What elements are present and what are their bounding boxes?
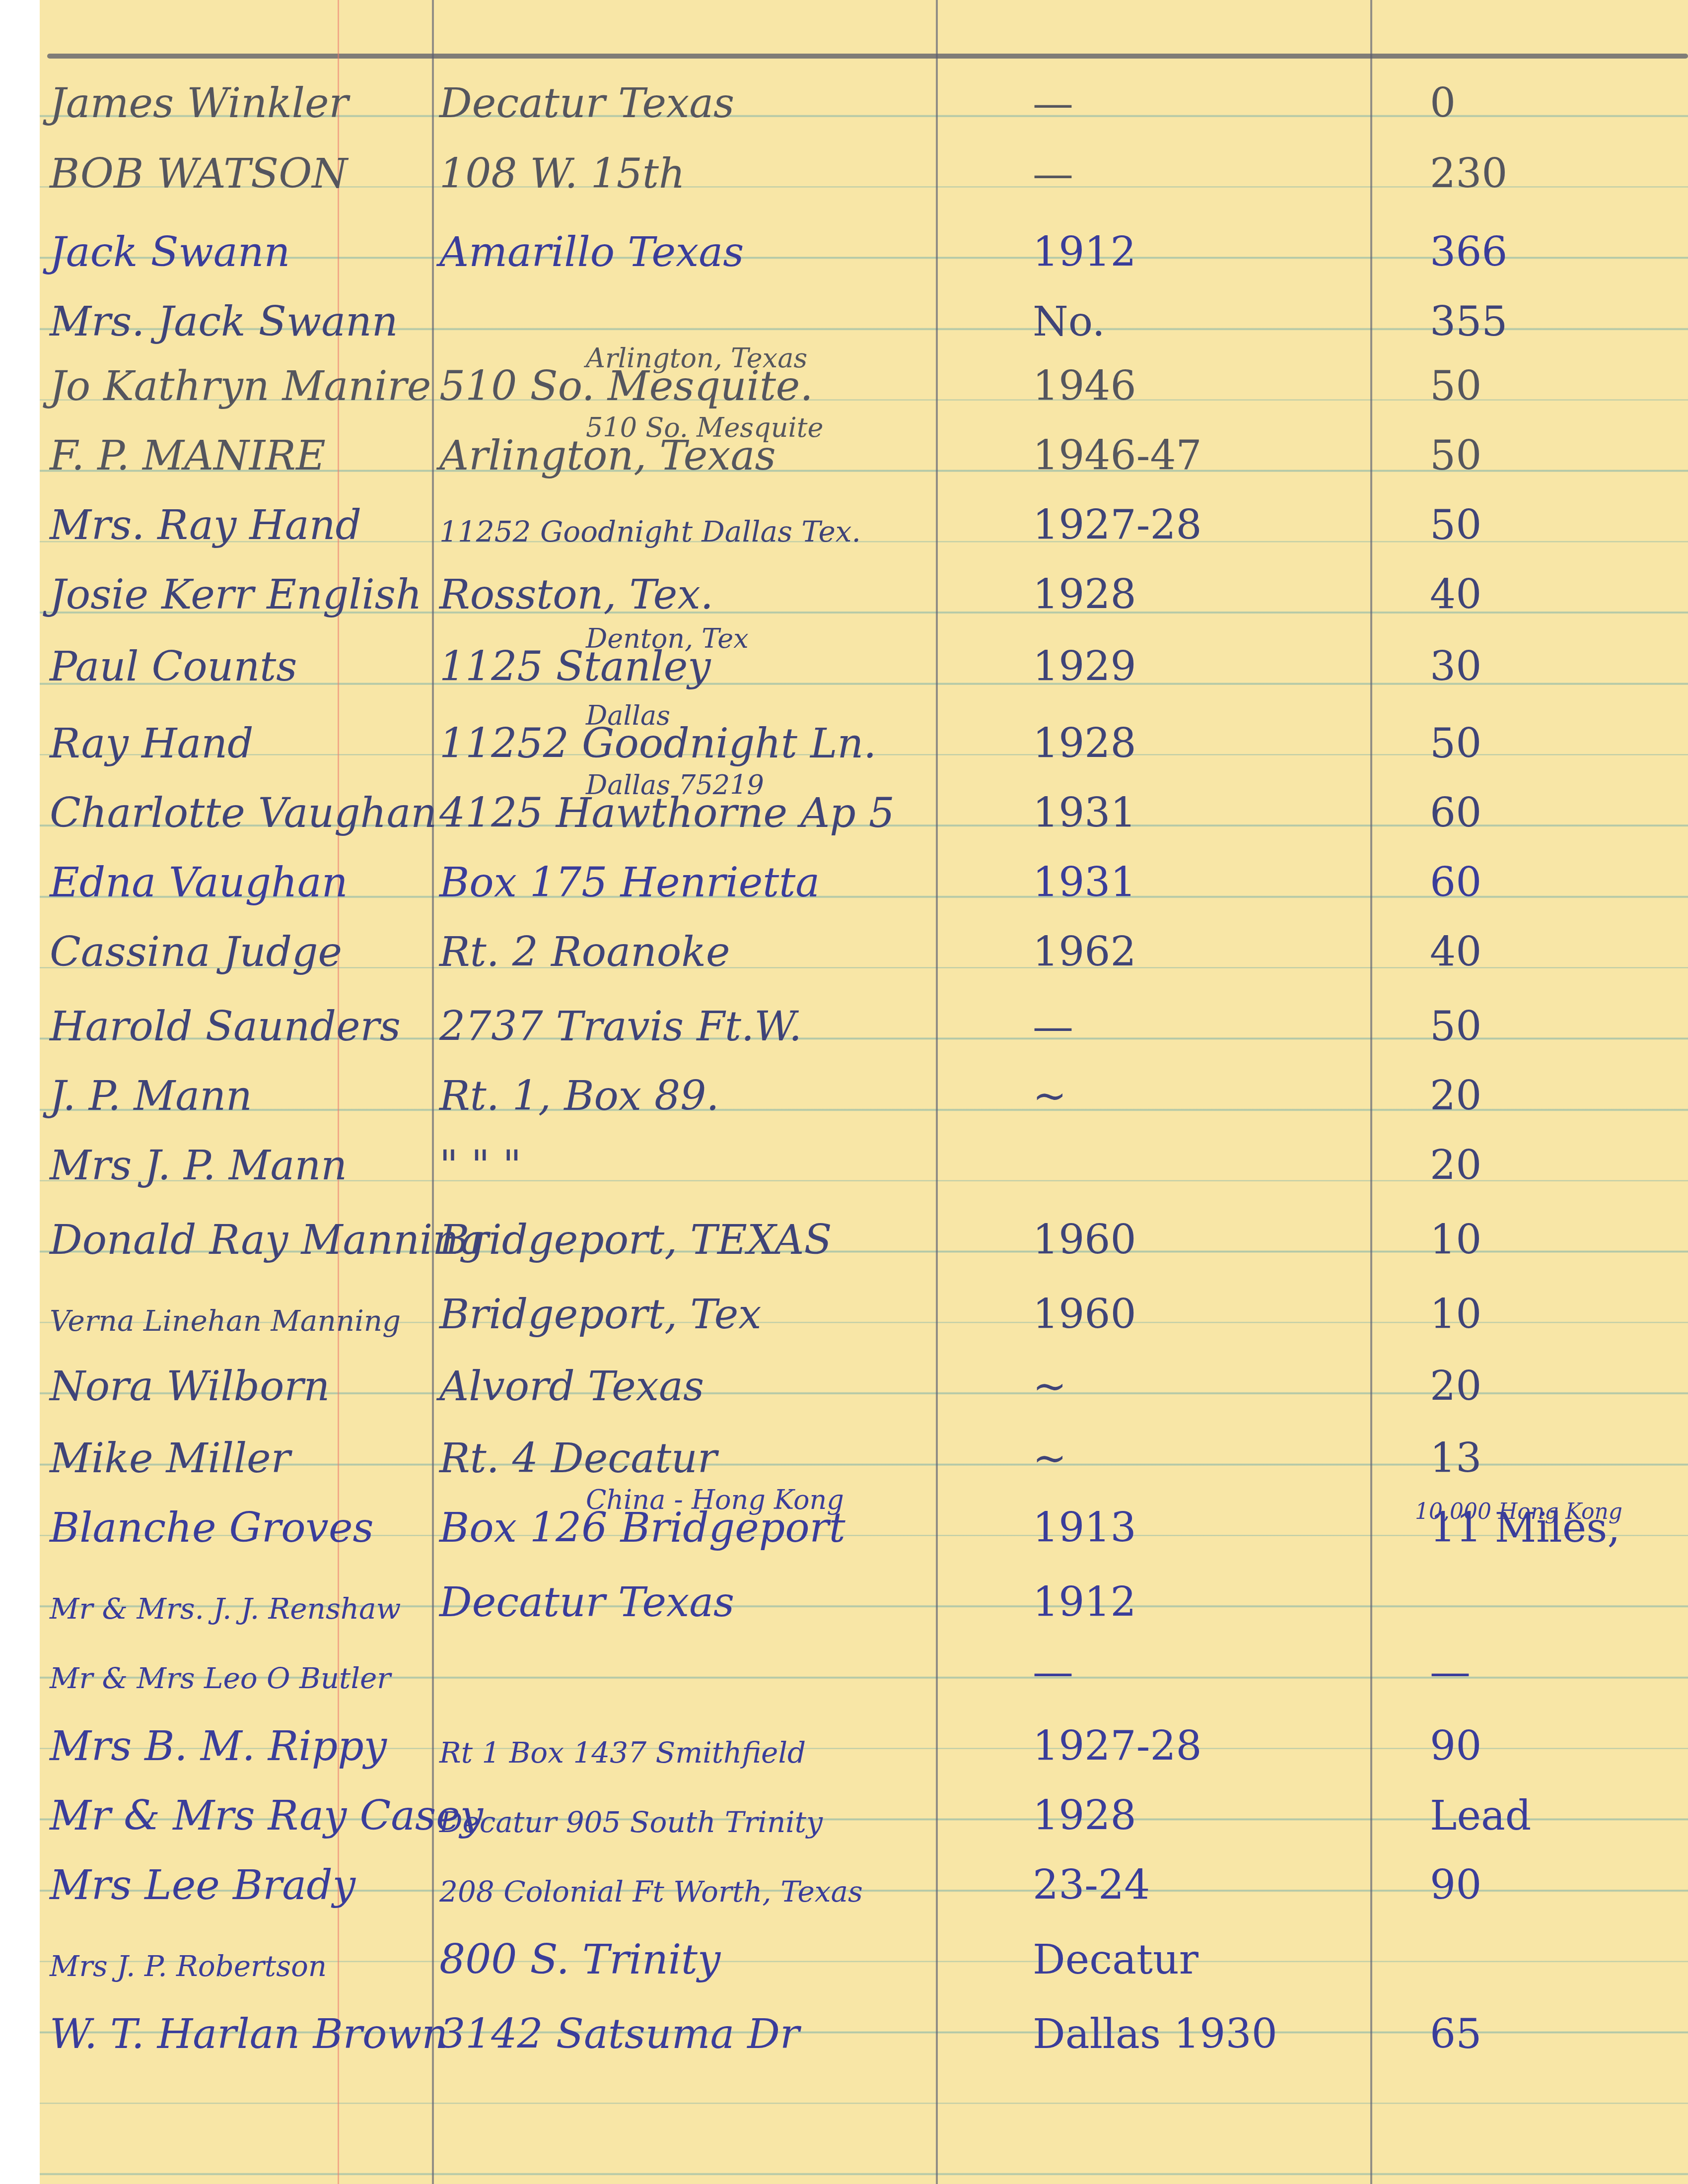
- row-name: Mrs B. M. Rippy: [50, 1726, 437, 1767]
- row-year: —: [1033, 1652, 1073, 1693]
- row-address: Alvord Texas: [439, 1366, 704, 1407]
- row-name: Jo Kathryn Manire: [50, 366, 437, 407]
- row-address: " " ": [439, 1146, 521, 1186]
- ledger-row: Mr & Mrs. J. J. RenshawDecatur Texas1912: [0, 1564, 1688, 1634]
- row-year: ~: [1033, 1366, 1067, 1407]
- row-year: 1931: [1033, 793, 1136, 834]
- row-amount: 40: [1430, 575, 1481, 615]
- row-amount: 11 Miles,: [1430, 1508, 1620, 1549]
- row-name: Mr & Mrs Leo O Butler: [50, 1664, 437, 1693]
- ledger-row: Mrs. Ray Hand11252 Goodnight Dallas Tex.…: [0, 486, 1688, 557]
- ledger-row: F. P. MANIRE510 So. MesquiteArlington, T…: [0, 417, 1688, 487]
- row-name: James Winkler: [50, 83, 437, 124]
- row-year: 1928: [1033, 724, 1136, 764]
- row-amount: 355: [1430, 302, 1508, 342]
- row-year: —: [1033, 1007, 1073, 1047]
- row-amount: 50: [1430, 1007, 1481, 1047]
- row-year: 1929: [1033, 647, 1136, 687]
- row-year: 1946: [1033, 366, 1136, 407]
- row-amount: 60: [1430, 793, 1481, 834]
- ledger-row: Cassina JudgeRt. 2 Roanoke196240: [0, 913, 1688, 984]
- ledger-row: W. T. Harlan Brown3142 Satsuma DrDallas …: [0, 1995, 1688, 2066]
- row-year: ~: [1033, 1438, 1067, 1479]
- row-year: 23-24: [1033, 1865, 1150, 1906]
- row-year: —: [1033, 83, 1073, 124]
- row-year: 1946-47: [1033, 436, 1202, 477]
- ledger-row: Edna VaughanBox 175 Henrietta193160: [0, 844, 1688, 914]
- row-year: 1912: [1033, 232, 1136, 273]
- row-name: Nora Wilborn: [50, 1366, 437, 1407]
- row-year: No.: [1033, 302, 1105, 342]
- row-year: 1912: [1033, 1582, 1136, 1623]
- row-address: 2737 Travis Ft.W.: [439, 1007, 802, 1047]
- row-address: Arlington, Texas: [439, 436, 776, 477]
- row-amount: 50: [1430, 505, 1481, 546]
- row-amount: 20: [1430, 1146, 1481, 1186]
- ledger-row: Nora WilbornAlvord Texas~20: [0, 1348, 1688, 1418]
- row-name: Jack Swann: [50, 232, 437, 273]
- row-name: W. T. Harlan Brown: [50, 2014, 437, 2055]
- row-amount: 50: [1430, 724, 1481, 764]
- row-address: Box 175 Henrietta: [439, 863, 820, 903]
- row-amount: 40: [1430, 932, 1481, 973]
- row-address: 4125 Hawthorne Ap 5: [439, 793, 895, 834]
- ledger-row: Mike MillerRt. 4 Decatur~13: [0, 1420, 1688, 1490]
- ledger-row: Jo Kathryn ManireArlington, Texas510 So.…: [0, 347, 1688, 418]
- ledger-row: Josie Kerr EnglishRosston, Tex.192840: [0, 556, 1688, 626]
- row-year: Dallas 1930: [1033, 2014, 1277, 2055]
- row-name: Verna Linehan Manning: [50, 1306, 437, 1335]
- row-amount: 60: [1430, 863, 1481, 903]
- row-address: Decatur Texas: [439, 83, 734, 124]
- ledger-row: Jack SwannAmarillo Texas1912366: [0, 213, 1688, 284]
- row-name: Mr & Mrs. J. J. Renshaw: [50, 1594, 437, 1623]
- row-amount: 230: [1430, 154, 1508, 195]
- row-address: Rosston, Tex.: [439, 575, 713, 615]
- row-year: —: [1033, 154, 1073, 195]
- row-name: J. P. Mann: [50, 1076, 437, 1117]
- row-name: Harold Saunders: [50, 1007, 437, 1047]
- row-year: 1962: [1033, 932, 1136, 973]
- row-amount: —: [1430, 1652, 1471, 1693]
- row-name: Blanche Groves: [50, 1508, 437, 1549]
- row-year: 1927-28: [1033, 505, 1202, 546]
- row-name: Ray Hand: [50, 724, 437, 764]
- ledger-row: Verna Linehan ManningBridgeport, Tex1960…: [0, 1276, 1688, 1346]
- row-name: F. P. MANIRE: [50, 436, 437, 477]
- row-address: 510 So. Mesquite.: [439, 366, 813, 407]
- ledger-row: Mrs J. P. Mann" " "20: [0, 1127, 1688, 1197]
- row-year: 1960: [1033, 1220, 1136, 1261]
- ledger-row: Mr & Mrs Ray CaseyDecatur 905 South Trin…: [0, 1777, 1688, 1847]
- row-address: Decatur Texas: [439, 1582, 734, 1623]
- header-rule: [47, 54, 1688, 59]
- row-address: Bridgeport, TEXAS: [439, 1220, 832, 1261]
- row-name: Edna Vaughan: [50, 863, 437, 903]
- row-amount: 13: [1430, 1438, 1481, 1479]
- row-address: Decatur 905 South Trinity: [439, 1808, 823, 1837]
- row-amount: 65: [1430, 2014, 1481, 2055]
- row-address: Rt. 2 Roanoke: [439, 932, 730, 973]
- row-address: Rt. 4 Decatur: [439, 1438, 717, 1479]
- row-year: 1928: [1033, 1796, 1136, 1837]
- ledger-row: Mrs B. M. RippyRt 1 Box 1437 Smithfield1…: [0, 1707, 1688, 1778]
- row-year: 1960: [1033, 1295, 1136, 1335]
- row-address: Bridgeport, Tex: [439, 1295, 761, 1335]
- row-address: 208 Colonial Ft Worth, Texas: [439, 1877, 863, 1906]
- row-name: Mrs Lee Brady: [50, 1865, 437, 1906]
- row-name: Josie Kerr English: [50, 575, 437, 615]
- row-year: 1927-28: [1033, 1726, 1202, 1767]
- ledger-row: J. P. MannRt. 1, Box 89.~20: [0, 1057, 1688, 1128]
- ledger-row: Mrs Lee Brady208 Colonial Ft Worth, Texa…: [0, 1846, 1688, 1917]
- ledger-row: Mrs. Jack SwannNo.355: [0, 283, 1688, 353]
- row-amount: 10: [1430, 1295, 1481, 1335]
- row-address: 800 S. Trinity: [439, 1940, 720, 1980]
- ledger-row: James WinklerDecatur Texas—0: [0, 65, 1688, 135]
- row-address: Amarillo Texas: [439, 232, 744, 273]
- row-address: 11252 Goodnight Dallas Tex.: [439, 517, 861, 546]
- row-name: Mr & Mrs Ray Casey: [50, 1796, 437, 1837]
- row-year: 1931: [1033, 863, 1136, 903]
- row-address: 1125 Stanley: [439, 647, 711, 687]
- row-amount: 90: [1430, 1865, 1481, 1906]
- row-address: 108 W. 15th: [439, 154, 685, 195]
- row-amount: 50: [1430, 366, 1481, 407]
- row-year: ~: [1033, 1076, 1067, 1117]
- row-amount: 10: [1430, 1220, 1481, 1261]
- row-name: Mrs. Jack Swann: [50, 302, 437, 342]
- ledger-row: Mr & Mrs Leo O Butler——: [0, 1633, 1688, 1704]
- ledger-row: Donald Ray ManningBridgeport, TEXAS19601…: [0, 1201, 1688, 1272]
- row-address: Rt 1 Box 1437 Smithfield: [439, 1738, 806, 1767]
- row-name: Donald Ray Manning: [50, 1220, 437, 1261]
- row-address: 11252 Goodnight Ln.: [439, 724, 876, 764]
- ledger-row: Harold Saunders2737 Travis Ft.W.—50: [0, 988, 1688, 1058]
- row-amount: 366: [1430, 232, 1508, 273]
- row-name: Mrs. Ray Hand: [50, 505, 437, 546]
- row-name: BOB WATSON: [50, 154, 437, 195]
- ledger-row: Blanche GrovesChina - Hong KongBox 126 B…: [0, 1489, 1688, 1560]
- row-name: Cassina Judge: [50, 932, 437, 973]
- row-amount: Lead: [1430, 1796, 1531, 1837]
- row-amount: 0: [1430, 83, 1456, 124]
- row-year: 1913: [1033, 1508, 1136, 1549]
- ledger-row: Ray HandDallas11252 Goodnight Ln.192850: [0, 705, 1688, 775]
- row-name: Charlotte Vaughan: [50, 793, 437, 834]
- row-name: Mrs J. P. Robertson: [50, 1952, 437, 1980]
- row-year: 1928: [1033, 575, 1136, 615]
- row-amount: 50: [1430, 436, 1481, 477]
- row-amount: 30: [1430, 647, 1481, 687]
- row-name: Paul Counts: [50, 647, 437, 687]
- ledger-row: Mrs J. P. Robertson800 S. TrinityDecatur: [0, 1921, 1688, 1991]
- ledger-row: BOB WATSON108 W. 15th—230: [0, 135, 1688, 205]
- ledger-row: Paul CountsDenton, Tex1125 Stanley192930: [0, 628, 1688, 698]
- row-year: Decatur: [1033, 1940, 1198, 1980]
- row-amount: 20: [1430, 1076, 1481, 1117]
- row-name: Mike Miller: [50, 1438, 437, 1479]
- row-address: Rt. 1, Box 89.: [439, 1076, 719, 1117]
- row-amount: 20: [1430, 1366, 1481, 1407]
- row-name: Mrs J. P. Mann: [50, 1146, 437, 1186]
- row-address: 3142 Satsuma Dr: [439, 2014, 799, 2055]
- ledger-row: Charlotte VaughanDallas 752194125 Hawtho…: [0, 774, 1688, 845]
- row-amount: 90: [1430, 1726, 1481, 1767]
- row-address: Box 126 Bridgeport: [439, 1508, 845, 1549]
